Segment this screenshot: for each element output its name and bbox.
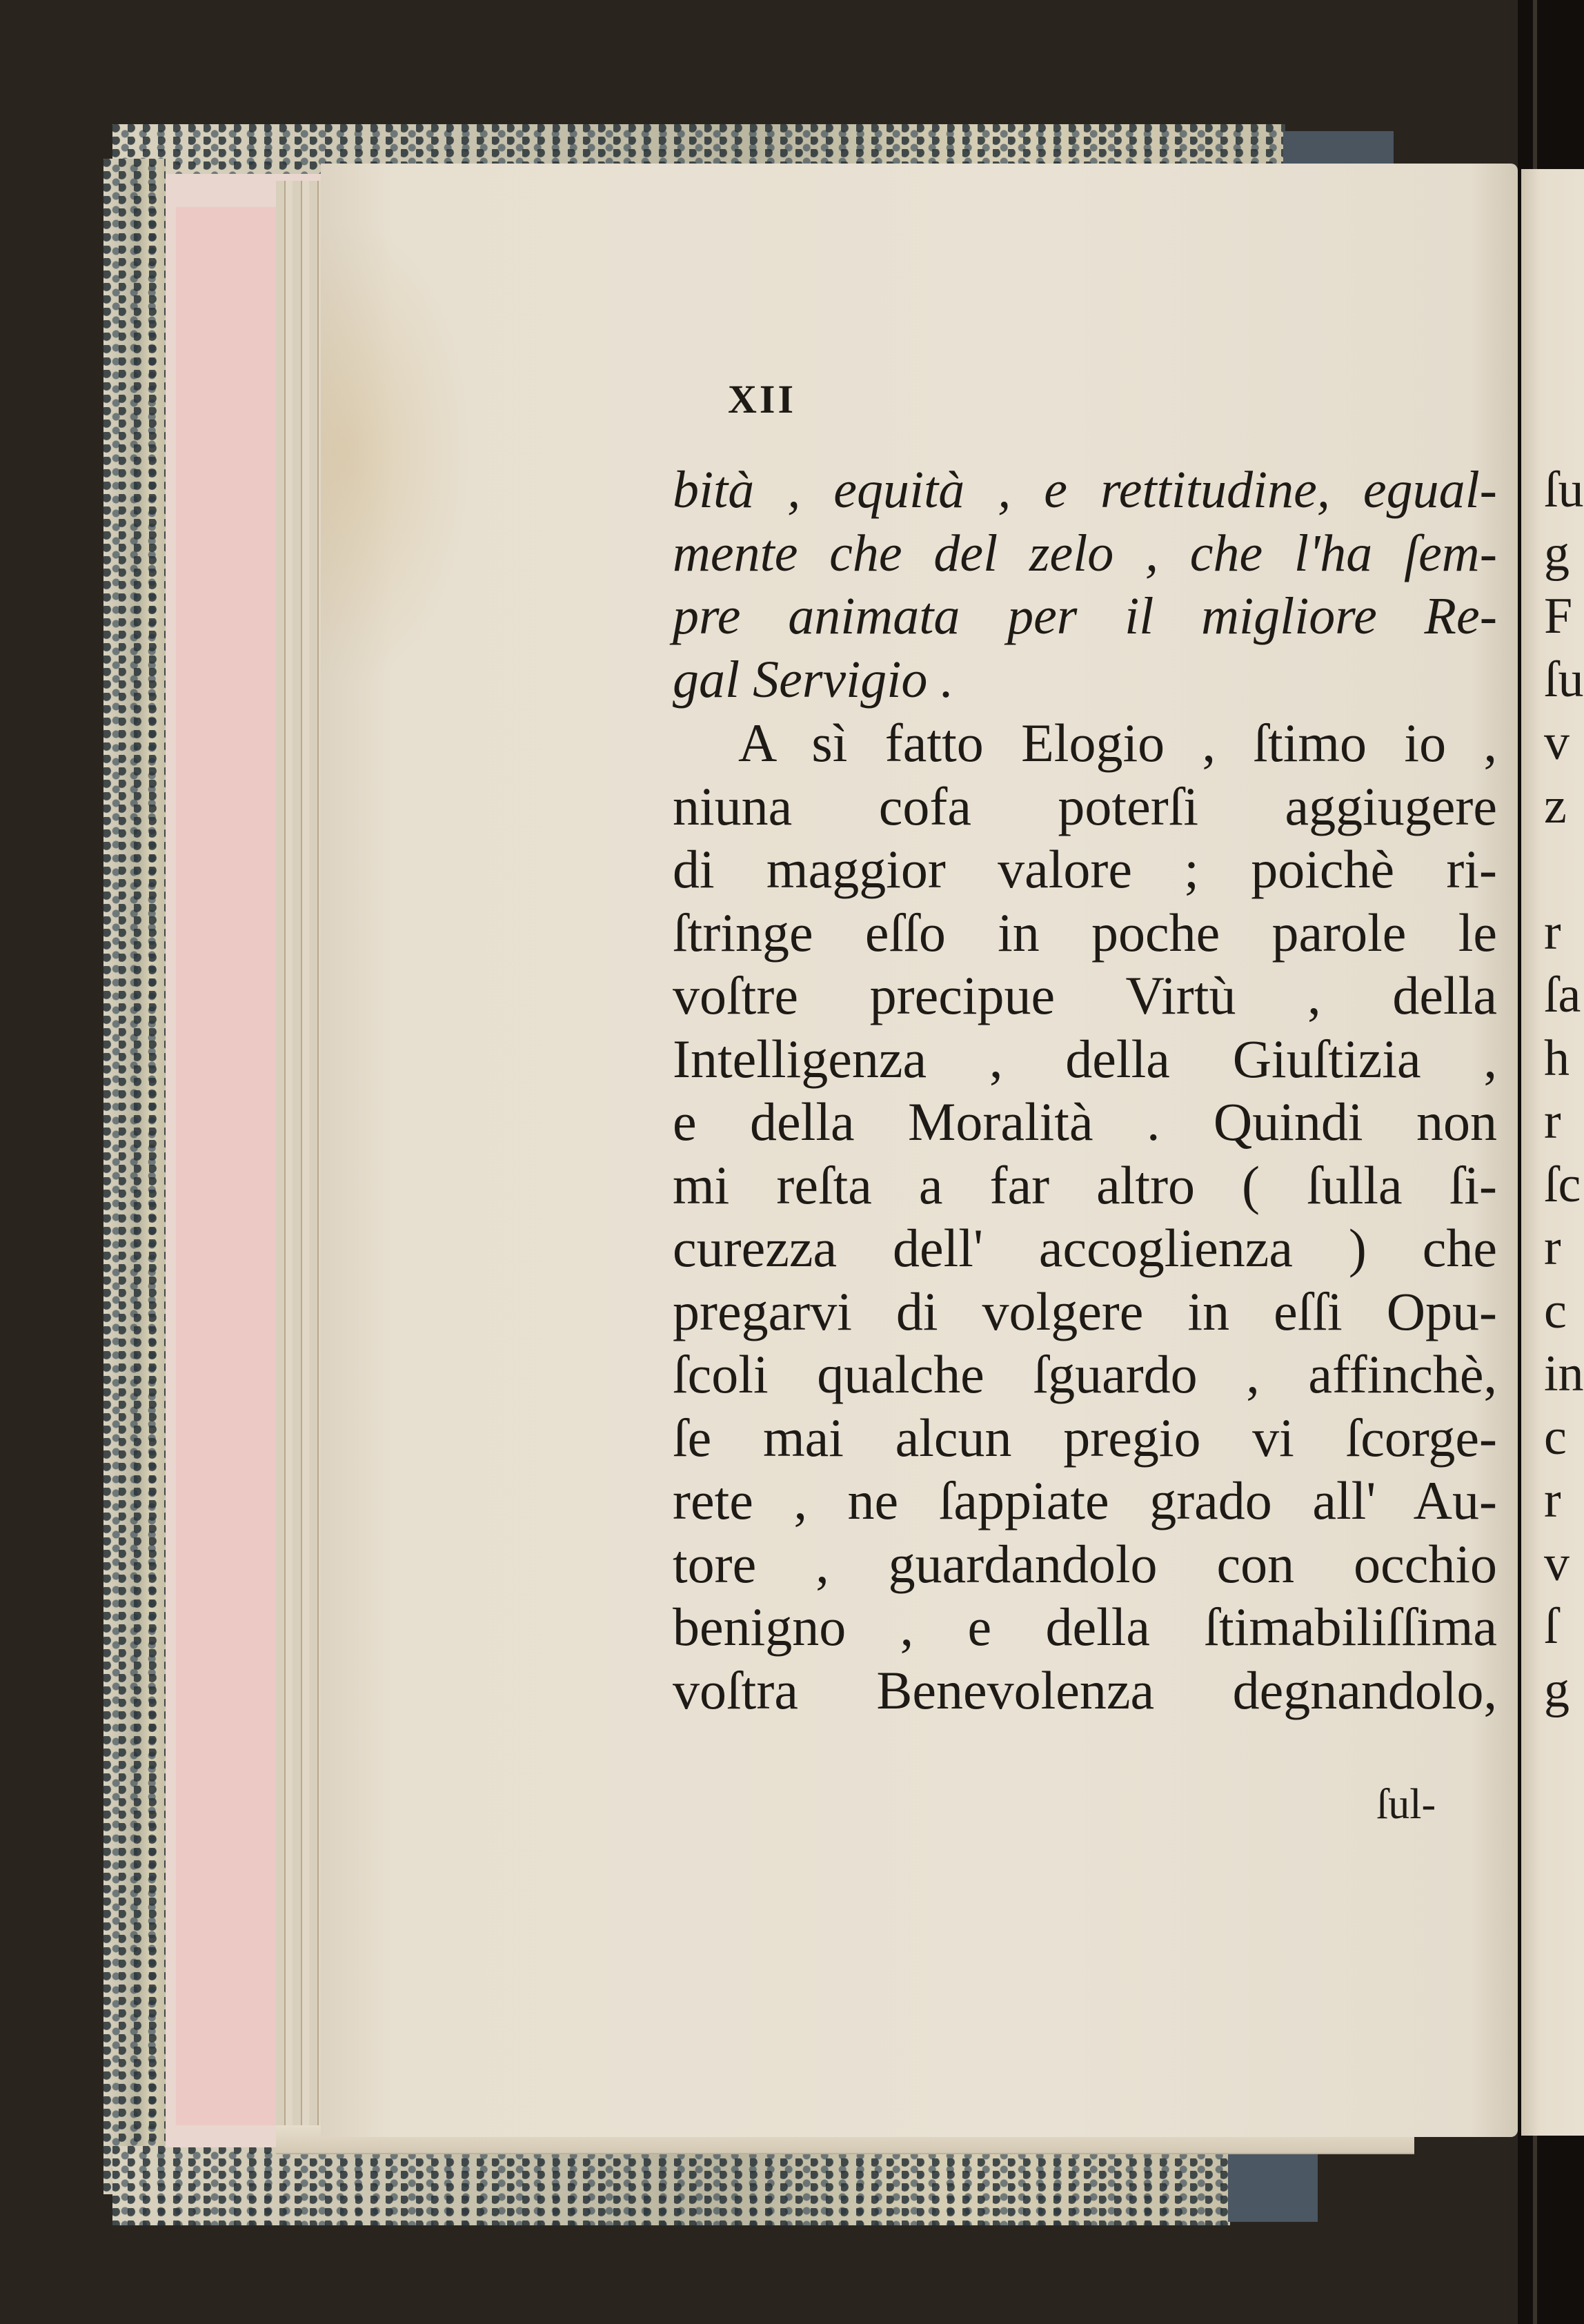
- text-line: mi reſta a far altro ( ſulla ſi-: [673, 1154, 1497, 1217]
- text-line: gal Servigio .: [673, 649, 1497, 712]
- fragment: g: [1544, 522, 1584, 586]
- fragment: h: [1544, 1027, 1584, 1091]
- marbled-cover-left: [103, 159, 166, 2194]
- fragment: r: [1544, 1469, 1584, 1533]
- fragment: v: [1544, 711, 1584, 775]
- fragment: ſa: [1544, 964, 1584, 1027]
- text-line: voſtre precipue Virtù , della: [673, 964, 1497, 1027]
- text-line: bità , equità , e rettitudine, egual-: [673, 459, 1497, 522]
- fragment: r: [1544, 1217, 1584, 1280]
- text-line: benigno , e della ſtimabiliſſima: [673, 1595, 1497, 1659]
- text-line: Intelligenza , della Giuſtizia ,: [673, 1027, 1497, 1091]
- text-line: A sì fatto Elogio , ſtimo io ,: [673, 711, 1497, 775]
- text-line: pregarvi di volgere in eſſi Opu-: [673, 1280, 1497, 1343]
- catchword: ſul-: [1376, 1780, 1436, 1829]
- text-line: mente che del zelo , che l'ha ſem-: [673, 522, 1497, 586]
- fragment: ſu: [1544, 649, 1584, 712]
- fragment: [1544, 838, 1584, 901]
- text-line: ſtringe eſſo in poche parole le: [673, 901, 1497, 965]
- text-line: di maggior valore ; poichè ri-: [673, 838, 1497, 901]
- fragment: z: [1544, 775, 1584, 838]
- text-line: pre animata per il migliore Re-: [673, 585, 1497, 649]
- fragment: ſc: [1544, 1154, 1584, 1217]
- text-line: tore , guardandolo con occhio: [673, 1533, 1497, 1596]
- fragment: g: [1544, 1659, 1584, 1722]
- fragment: ſu: [1544, 459, 1584, 522]
- text-line: niuna cofa poterſi aggiugere: [673, 775, 1497, 838]
- fragment: in: [1544, 1343, 1584, 1406]
- text-block: bità , equità , e rettitudine, egual- me…: [673, 459, 1497, 1722]
- fragment: ſ: [1544, 1595, 1584, 1659]
- text-line: ſcoli qualche ſguardo , affinchè,: [673, 1343, 1497, 1406]
- pink-flyleaf: [176, 207, 288, 2125]
- fragment: F: [1544, 585, 1584, 649]
- fragment: r: [1544, 1090, 1584, 1154]
- text-line: e della Moralità . Quindi non: [673, 1090, 1497, 1154]
- marbled-cover-bottom: [112, 2146, 1230, 2225]
- text-line: ſe mai alcun pregio vi ſcorge-: [673, 1406, 1497, 1470]
- fragment: v: [1544, 1533, 1584, 1596]
- facing-page-text: ſu g F ſu v z r ſa h r ſc r c in c r v ſ…: [1544, 459, 1584, 1722]
- text-line: curezza dell' accoglienza ) che: [673, 1217, 1497, 1280]
- fragment: r: [1544, 901, 1584, 965]
- page-number: XII: [728, 376, 796, 422]
- text-line: rete , ne ſappiate grado all' Au-: [673, 1469, 1497, 1533]
- fragment: c: [1544, 1406, 1584, 1470]
- fragment: c: [1544, 1280, 1584, 1343]
- text-line: voſtra Benevolenza degnandolo,: [673, 1659, 1497, 1722]
- cover-spine-bottom: [1228, 2146, 1318, 2222]
